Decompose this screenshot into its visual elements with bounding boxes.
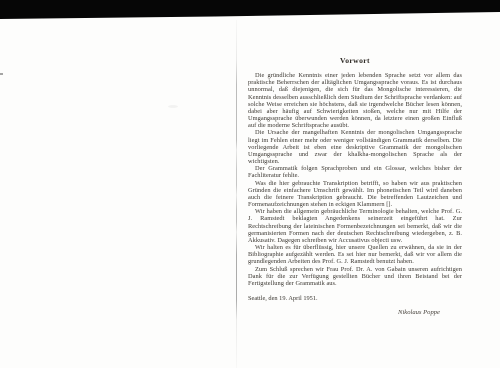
page-title: Vorwort (248, 56, 462, 65)
preface-paragraph: Die gründliche Kenntnis einer jeden lebe… (248, 72, 462, 129)
preface-paragraph: Wir haben die allgemein gebräuchliche Te… (248, 208, 462, 244)
preface-paragraph: Die Ursache der mangelhaften Kenntnis de… (248, 129, 462, 165)
preface-paragraph: Wir halten es für überflüssig, hier unse… (248, 244, 462, 266)
preface-paragraph: Was die hier gebrauchte Transkription be… (248, 180, 462, 209)
scan-smudge (168, 105, 178, 108)
preface-paragraph: Zum Schluß sprechen wir Frau Prof. Dr. A… (248, 266, 462, 288)
scan-edge-mark (0, 73, 3, 75)
preface-paragraph: Der Grammatik folgen Sprachproben und ei… (248, 165, 462, 179)
binding-gutter-shadow (236, 20, 237, 368)
scan-black-bar (0, 0, 500, 20)
preface-page: Vorwort Die gründliche Kenntnis einer je… (248, 56, 462, 316)
dateline: Seattle, den 19. April 1951. (248, 295, 462, 302)
book-scan-spread: Vorwort Die gründliche Kenntnis einer je… (0, 0, 500, 368)
author-signature: Nikolaus Poppe (248, 309, 462, 316)
blank-left-page (0, 20, 236, 368)
